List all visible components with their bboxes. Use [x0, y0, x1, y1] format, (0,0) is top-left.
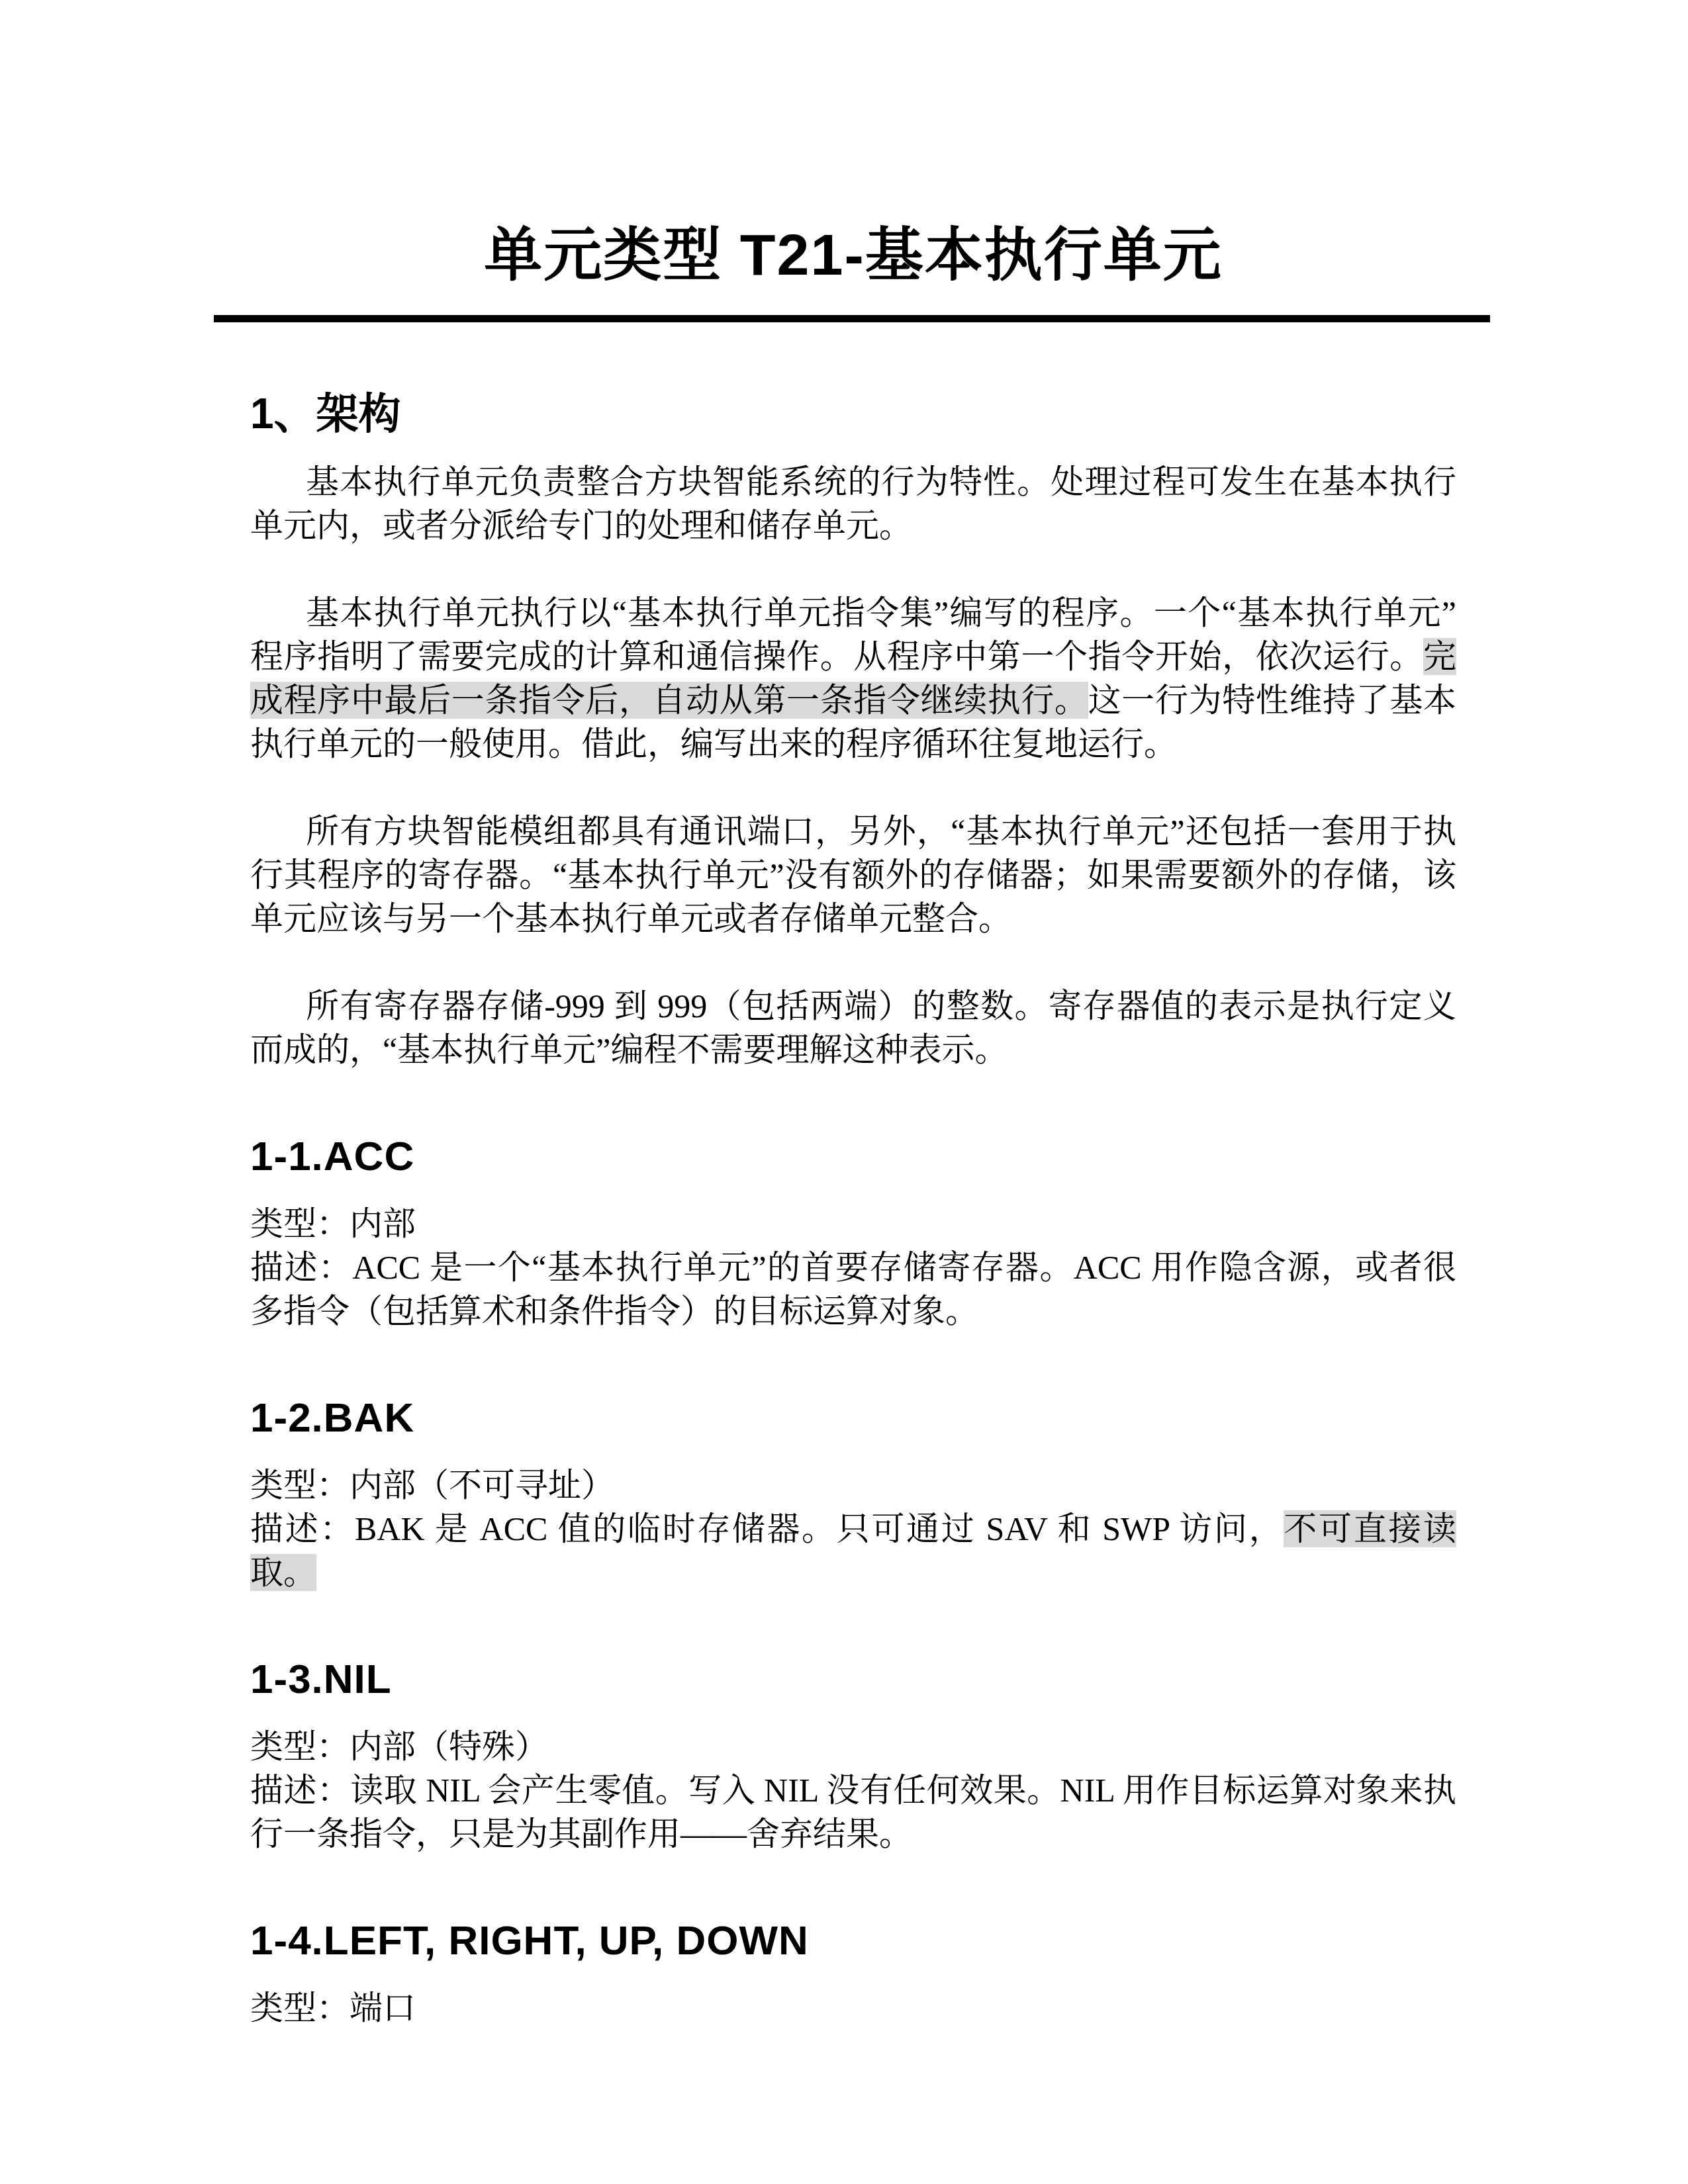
bak-description-text: 描述：BAK 是 ACC 值的临时存储器。只可通过 SAV 和 SWP 访问，	[250, 1510, 1284, 1547]
nil-type-line: 类型：内部（特殊）	[250, 1725, 1456, 1768]
acc-description: 描述：ACC 是一个“基本执行单元”的首要存储寄存器。ACC 用作隐含源，或者很…	[250, 1246, 1456, 1333]
section-heading-ports: 1-4.LEFT, RIGHT, UP, DOWN	[250, 1917, 1456, 1966]
architecture-paragraph-2-text: 基本执行单元执行以“基本执行单元指令集”编写的程序。一个“基本执行单元”程序指明…	[250, 594, 1456, 675]
architecture-paragraph-2: 基本执行单元执行以“基本执行单元指令集”编写的程序。一个“基本执行单元”程序指明…	[250, 591, 1456, 766]
section-heading-acc: 1-1.ACC	[250, 1132, 1456, 1181]
title-underline-rule	[214, 315, 1490, 322]
nil-description: 描述：读取 NIL 会产生零值。写入 NIL 没有任何效果。NIL 用作目标运算…	[250, 1768, 1456, 1856]
section-heading-bak: 1-2.BAK	[250, 1394, 1456, 1443]
architecture-paragraph-3: 所有方块智能模组都具有通讯端口，另外，“基本执行单元”还包括一套用于执行其程序的…	[250, 809, 1456, 940]
page-title: 单元类型 T21-基本执行单元	[250, 0, 1456, 291]
document-content: 单元类型 T21-基本执行单元 1、架构 基本执行单元负责整合方块智能系统的行为…	[0, 0, 1688, 2030]
architecture-paragraph-1: 基本执行单元负责整合方块智能系统的行为特性。处理过程可发生在基本执行单元内，或者…	[250, 460, 1456, 547]
section-heading-nil: 1-3.NIL	[250, 1655, 1456, 1704]
bak-type-line: 类型：内部（不可寻址）	[250, 1463, 1456, 1507]
document-page: 单元类型 T21-基本执行单元 1、架构 基本执行单元负责整合方块智能系统的行为…	[0, 0, 1688, 2184]
acc-type-line: 类型：内部	[250, 1202, 1456, 1246]
ports-type-line: 类型：端口	[250, 1986, 1456, 2030]
section-heading-architecture: 1、架构	[250, 386, 1456, 441]
bak-description: 描述：BAK 是 ACC 值的临时存储器。只可通过 SAV 和 SWP 访问，不…	[250, 1507, 1456, 1594]
architecture-paragraph-4: 所有寄存器存储-999 到 999（包括两端）的整数。寄存器值的表示是执行定义而…	[250, 984, 1456, 1071]
